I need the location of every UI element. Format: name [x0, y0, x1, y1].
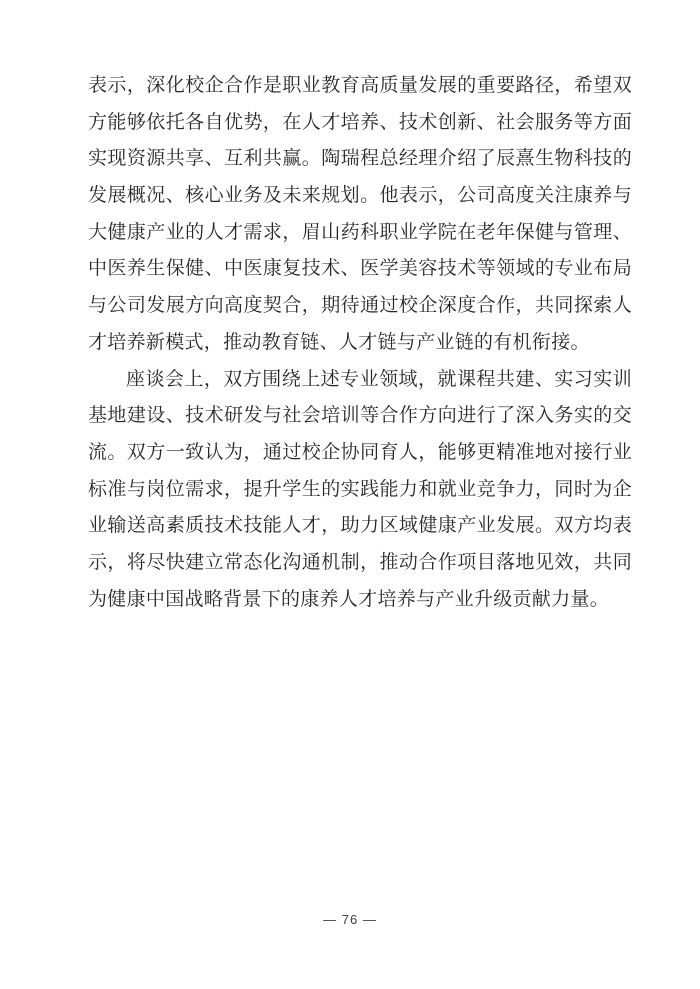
text-line: 标准与岗位需求，提升学生的实践能力和就业竞争力，同时为企 [88, 471, 632, 508]
text-line: 方能够依托各自优势，在人才培养、技术创新、社会服务等方面 [88, 104, 632, 141]
paragraph-2: 座谈会上，双方围绕上述专业领域，就课程共建、实习实训 基地建设、技术研发与社会培… [88, 361, 632, 618]
text-line: 中医养生保健、中医康复技术、医学美容技术等领域的专业布局 [88, 250, 632, 287]
text-line: 业输送高素质技术技能人才，助力区域健康产业发展。双方均表 [88, 507, 632, 544]
text-line: 表示，深化校企合作是职业教育高质量发展的重要路径，希望双 [88, 67, 632, 104]
text-line: 实现资源共享、互利共赢。陶瑞程总经理介绍了辰熹生物科技的 [88, 140, 632, 177]
text-line: 流。双方一致认为，通过校企协同育人，能够更精准地对接行业 [88, 434, 632, 471]
text-line: 为健康中国战略背景下的康养人才培养与产业升级贡献力量。 [88, 581, 632, 618]
page-number: — 76 — [0, 912, 700, 927]
text-line: 才培养新模式，推动教育链、人才链与产业链的有机衔接。 [88, 324, 632, 361]
text-line: 发展概况、核心业务及未来规划。他表示，公司高度关注康养与 [88, 177, 632, 214]
text-line: 示，将尽快建立常态化沟通机制，推动合作项目落地见效，共同 [88, 544, 632, 581]
text-line: 与公司发展方向高度契合，期待通过校企深度合作，共同探索人 [88, 287, 632, 324]
paragraph-1: 表示，深化校企合作是职业教育高质量发展的重要路径，希望双 方能够依托各自优势，在… [88, 67, 632, 361]
text-line: 大健康产业的人才需求，眉山药科职业学院在老年保健与管理、 [88, 214, 632, 251]
text-line: 座谈会上，双方围绕上述专业领域，就课程共建、实习实训 [88, 361, 632, 398]
document-body: 表示，深化校企合作是职业教育高质量发展的重要路径，希望双 方能够依托各自优势，在… [88, 67, 632, 617]
text-line: 基地建设、技术研发与社会培训等合作方向进行了深入务实的交 [88, 397, 632, 434]
document-page: 表示，深化校企合作是职业教育高质量发展的重要路径，希望双 方能够依托各自优势，在… [0, 0, 700, 989]
